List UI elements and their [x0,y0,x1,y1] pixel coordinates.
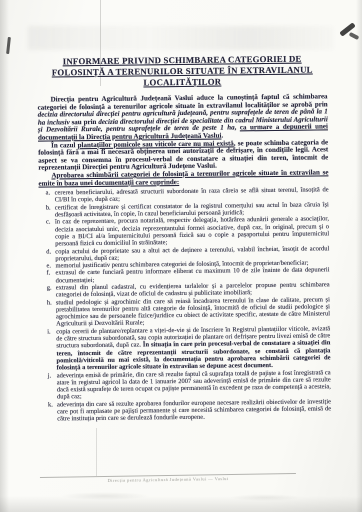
scan-shadow-band [28,26,334,50]
list-item-letter: a. [44,190,55,205]
list-item-letter: g. [45,284,56,299]
list-item: j.adeverința emisă de primărie, din care… [46,369,331,401]
scan-line-artifact-bottom [96,428,97,476]
list-item-text: adeverința din care să rezulte aprobarea… [57,398,331,423]
list-heading: Aprobarea schimbării categoriei de folos… [38,169,328,187]
page-edge-shadow-right [356,0,362,512]
list-item-text: studiul pedologic și agrochimic din care… [56,296,330,328]
list-item: k.adeverința din care să rezulte aprobar… [46,398,331,423]
page-title-text: INFORMARE PRIVIND SCHIMBAREA CATEGORIEI … [52,54,313,88]
list-item-text: copia cererii de plantare/replantare a v… [56,325,330,372]
list-item-letter: d. [44,248,55,263]
page-edge-shadow-bottom [0,496,362,512]
page-title: INFORMARE PRIVIND SCHIMBAREA CATEGORIEI … [45,53,319,89]
list-item-letter: h. [45,299,56,328]
text-segment: adeverința din care să rezulte aprobarea… [57,398,331,423]
list-item: h.studiul pedologic și agrochimic din ca… [45,296,330,328]
list-item-letter: j. [46,372,57,401]
list-item: c.în caz de reprezentare, procura notari… [44,216,329,248]
list-item-letter: i. [45,328,56,372]
scanned-page: INFORMARE PRIVIND SCHIMBAREA CATEGORIEI … [0,0,362,512]
text-segment: adeverința emisă de primărie, din care s… [57,369,331,401]
list-item-text: adeverința emisă de primărie, din care s… [57,369,331,401]
list-item-letter: k. [46,401,57,423]
list-item-letter: f. [44,270,55,285]
list-item-text: în caz de reprezentare, procura notarial… [55,216,329,248]
text-segment: Aprobarea schimbării categoriei de folos… [38,168,328,187]
page-edge-shadow-left [0,0,9,512]
intro-paragraph: Direcția pentru Agricultură Județeană Va… [38,93,328,142]
text-segment: studiul pedologic și agrochimic din care… [56,296,330,328]
orchard-vineyard-paragraph: În cazul plantațiilor pomicole sau vitic… [38,139,328,173]
list-item-letter: c. [44,219,55,248]
page-footer: Direcția pentru Agricultură Județeană Va… [40,473,296,484]
document-body: INFORMARE PRIVIND SCHIMBAREA CATEGORIEI … [37,47,331,423]
document-list: a.cererea beneficiarului, adresată struc… [39,186,332,423]
text-segment: în caz de reprezentare, procura notarial… [55,216,329,248]
list-item: i.copia cererii de plantare/replantare a… [45,325,330,372]
list-item-letter: b. [44,204,55,219]
